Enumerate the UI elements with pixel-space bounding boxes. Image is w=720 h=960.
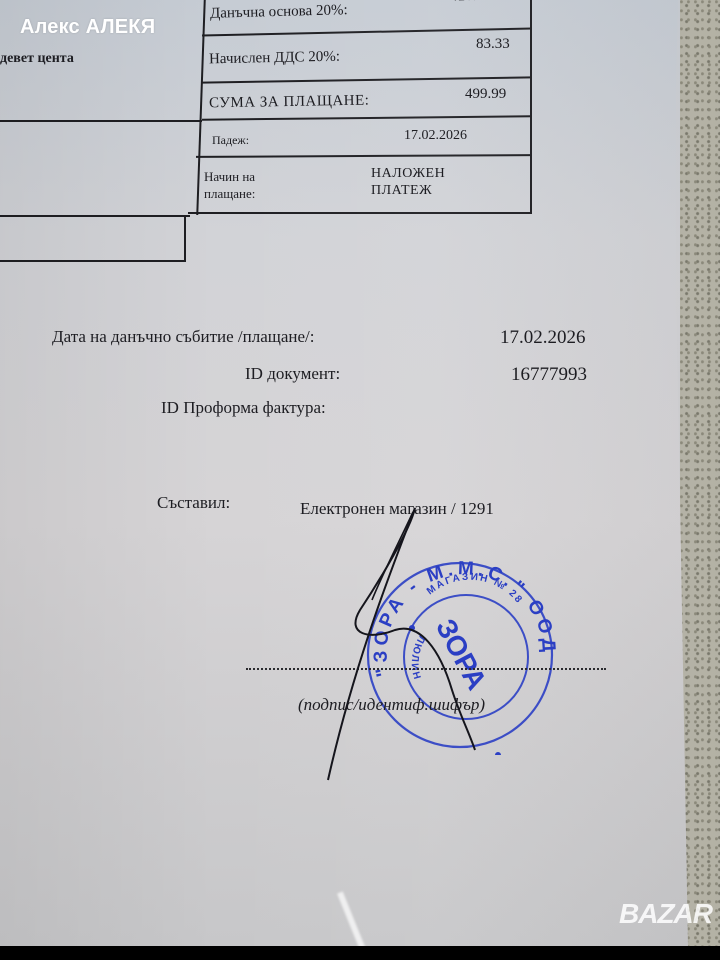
total-value: 499.99 [465,86,506,103]
due-label: Падеж: [212,133,249,148]
table-border [188,212,532,214]
amount-in-words: девет цента [0,51,74,67]
table-border [530,0,532,214]
payment-method-value-line1: НАЛОЖЕН [371,165,445,182]
payment-method-value: НАЛОЖЕН ПЛАТЕЖ [371,165,445,199]
vat-label: Начислен ДДС 20%: [209,49,340,69]
table-border [0,260,186,262]
vat-value: 83.33 [476,36,510,53]
payment-method-label: Начин на плащане: [204,168,255,202]
total-label: СУМА ЗА ПЛАЩАНЕ: [209,93,370,113]
document-photo: Алекс АЛЕКЯ девет цента Данъчна основа 2… [0,0,720,946]
uploader-name: Алекс АЛЕКЯ [20,16,155,39]
invoice-paper [0,0,688,946]
table-border [196,154,532,158]
due-value: 17.02.2026 [404,128,467,144]
document-id-label: ID документ: [245,364,340,384]
tax-event-date-value: 17.02.2026 [500,327,586,349]
compiled-by-label: Съставил: [157,493,230,513]
payment-method-value-line2: ПЛАТЕЖ [371,182,445,199]
tax-base-label: Данъчна основа 20%: [210,2,348,23]
payment-method-label-line2: плащане: [204,185,255,202]
bottom-bar [0,946,720,960]
table-border [202,115,532,120]
proforma-id-label: ID Проформа фактура: [161,398,326,418]
payment-method-label-line1: Начин на [204,168,255,185]
table-border [184,215,186,262]
background-surface [680,0,720,946]
tax-event-date-label: Дата на данъчно събитие /плащане/: [52,327,315,347]
watermark-logo: BAZAR [619,898,712,930]
table-border [202,76,532,83]
table-border [0,120,202,122]
handwritten-signature [300,500,540,790]
table-border [0,215,190,217]
document-id-value: 16777993 [511,364,587,386]
